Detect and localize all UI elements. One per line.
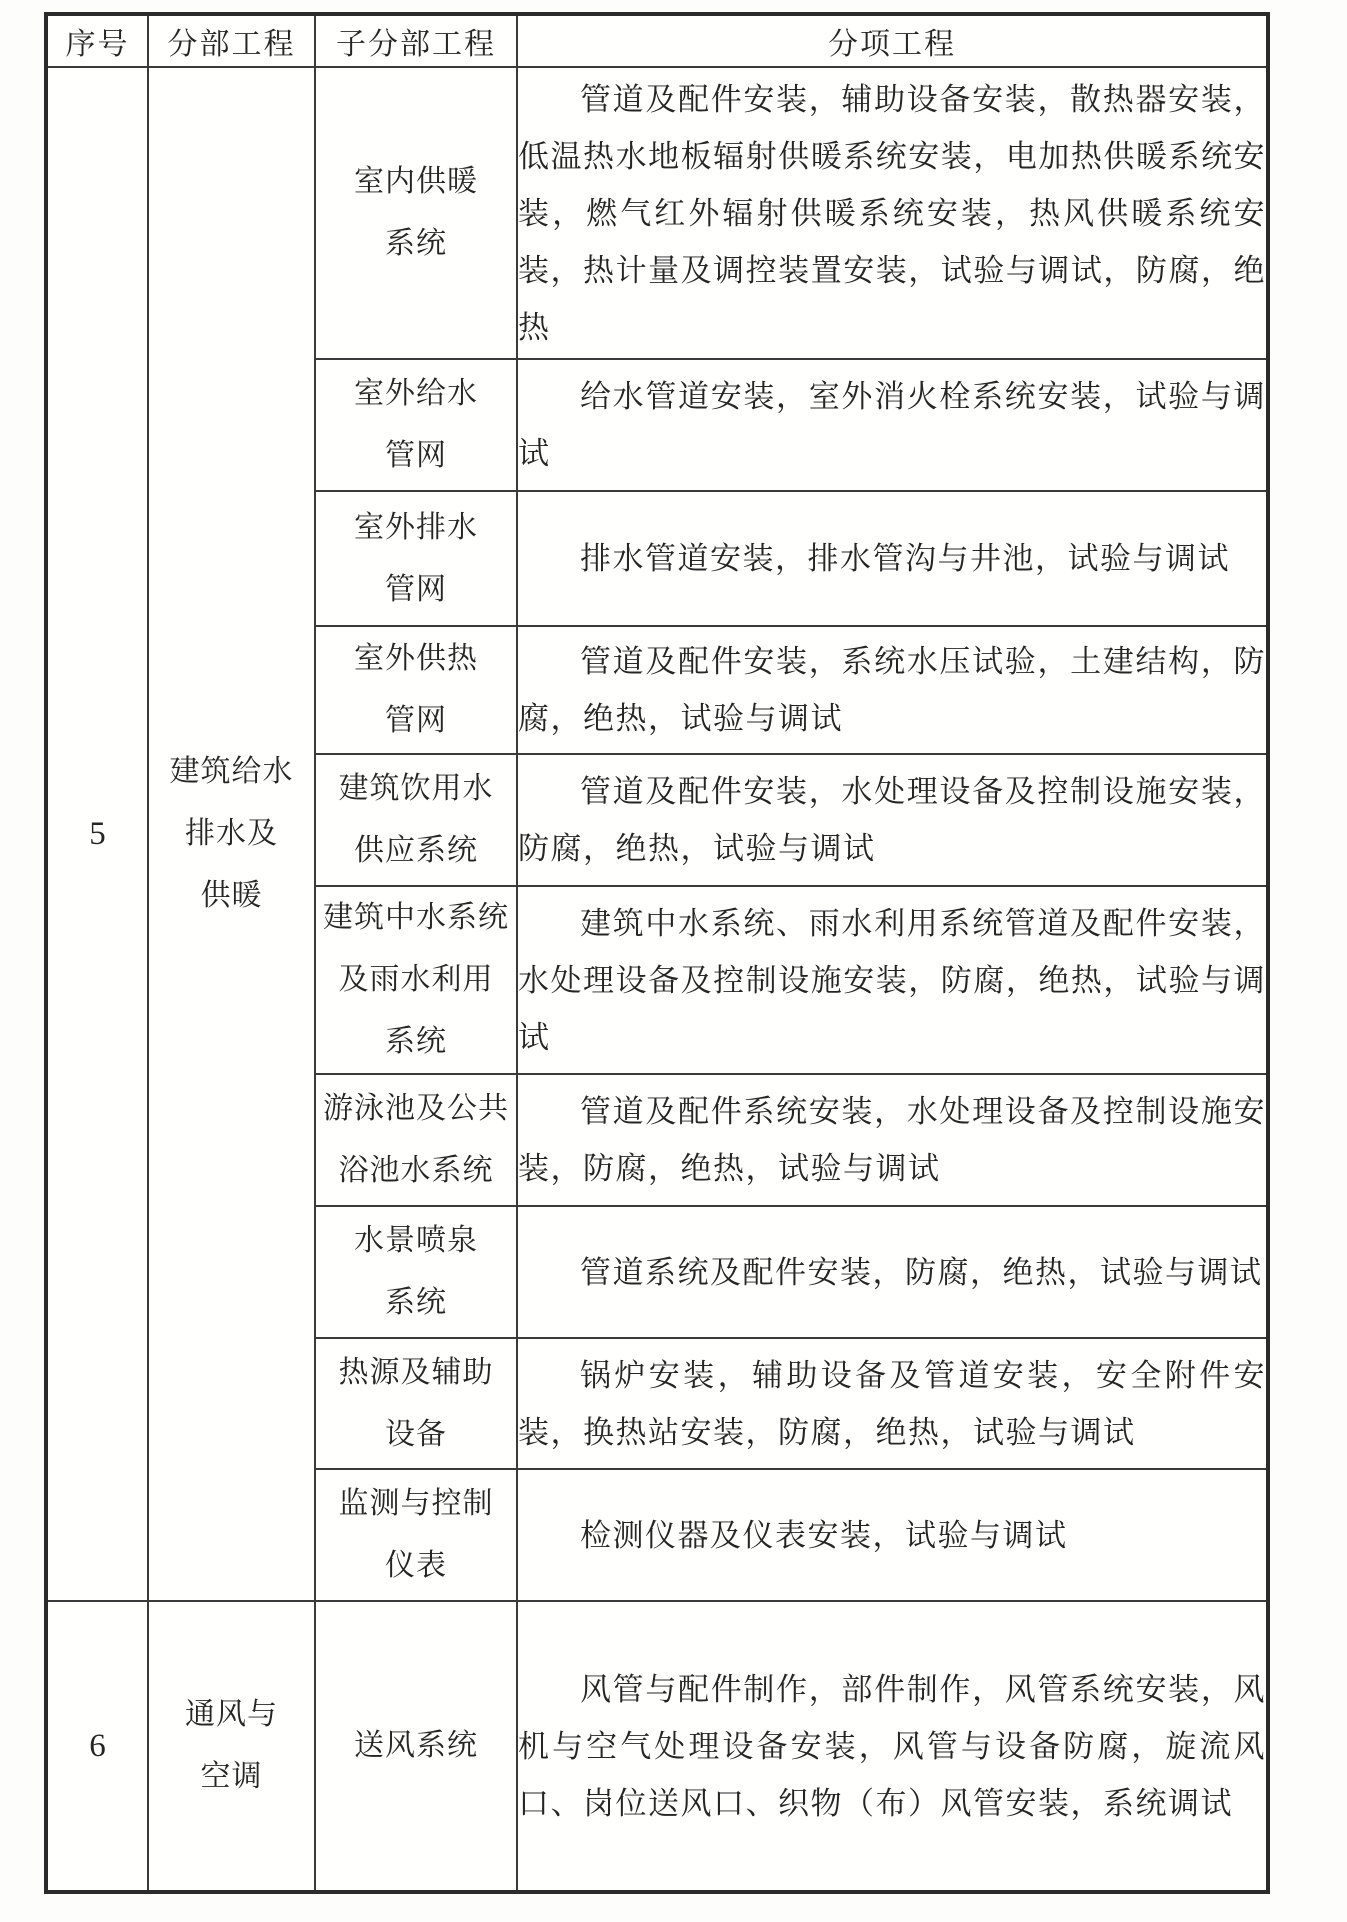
serial-number-cell: 5 (46, 67, 148, 1601)
classification-table: 序号 分部工程 子分部工程 分项工程 5 建筑给水 排水及 供暖 室内供暖 系统… (44, 12, 1270, 1894)
serial-number-cell: 6 (46, 1601, 148, 1892)
subdivision-cell: 室外供热 管网 (315, 626, 517, 754)
items-cell: 管道及配件系统安装，水处理设备及控制设施安装，防腐，绝热，试验与调试 (517, 1074, 1268, 1206)
subdivision-cell: 建筑饮用水 供应系统 (315, 754, 517, 886)
items-cell: 建筑中水系统、雨水利用系统管道及配件安装，水处理设备及控制设施安装，防腐，绝热，… (517, 886, 1268, 1074)
subdivision-cell: 送风系统 (315, 1601, 517, 1892)
items-cell: 锅炉安装，辅助设备及管道安装，安全附件安装，换热站安装，防腐，绝热，试验与调试 (517, 1338, 1268, 1469)
items-cell: 管道及配件安装，水处理设备及控制设施安装，防腐，绝热，试验与调试 (517, 754, 1268, 886)
items-cell: 检测仪器及仪表安装，试验与调试 (517, 1469, 1268, 1601)
items-cell: 给水管道安装，室外消火栓系统安装，试验与调试 (517, 359, 1268, 491)
subdivision-cell: 游泳池及公共 浴池水系统 (315, 1074, 517, 1206)
table-row: 6 通风与 空调 送风系统 风管与配件制作，部件制作，风管系统安装，风机与空气处… (46, 1601, 1268, 1892)
items-cell: 管道及配件安装，辅助设备安装，散热器安装，低温热水地板辐射供暖系统安装，电加热供… (517, 67, 1268, 359)
header-serial-number: 序号 (46, 14, 148, 67)
subdivision-cell: 室外排水 管网 (315, 491, 517, 626)
subdivision-cell: 室外给水 管网 (315, 359, 517, 491)
subdivision-cell: 建筑中水系统 及雨水利用 系统 (315, 886, 517, 1074)
division-cell: 建筑给水 排水及 供暖 (148, 67, 315, 1601)
items-cell: 风管与配件制作，部件制作，风管系统安装，风机与空气处理设备安装，风管与设备防腐，… (517, 1601, 1268, 1892)
header-row: 序号 分部工程 子分部工程 分项工程 (46, 14, 1268, 67)
header-subdivision-work: 子分部工程 (315, 14, 517, 67)
subdivision-cell: 监测与控制 仪表 (315, 1469, 517, 1601)
items-cell: 管道系统及配件安装，防腐，绝热，试验与调试 (517, 1206, 1268, 1338)
header-item-work: 分项工程 (517, 14, 1268, 67)
subdivision-cell: 室内供暖 系统 (315, 67, 517, 359)
subdivision-cell: 水景喷泉 系统 (315, 1206, 517, 1338)
table-row: 5 建筑给水 排水及 供暖 室内供暖 系统 管道及配件安装，辅助设备安装，散热器… (46, 67, 1268, 359)
header-division-work: 分部工程 (148, 14, 315, 67)
subdivision-cell: 热源及辅助 设备 (315, 1338, 517, 1469)
division-cell: 通风与 空调 (148, 1601, 315, 1892)
items-cell: 管道及配件安装，系统水压试验，土建结构，防腐，绝热，试验与调试 (517, 626, 1268, 754)
items-cell: 排水管道安装，排水管沟与井池，试验与调试 (517, 491, 1268, 626)
scanned-page: 序号 分部工程 子分部工程 分项工程 5 建筑给水 排水及 供暖 室内供暖 系统… (0, 0, 1347, 1922)
